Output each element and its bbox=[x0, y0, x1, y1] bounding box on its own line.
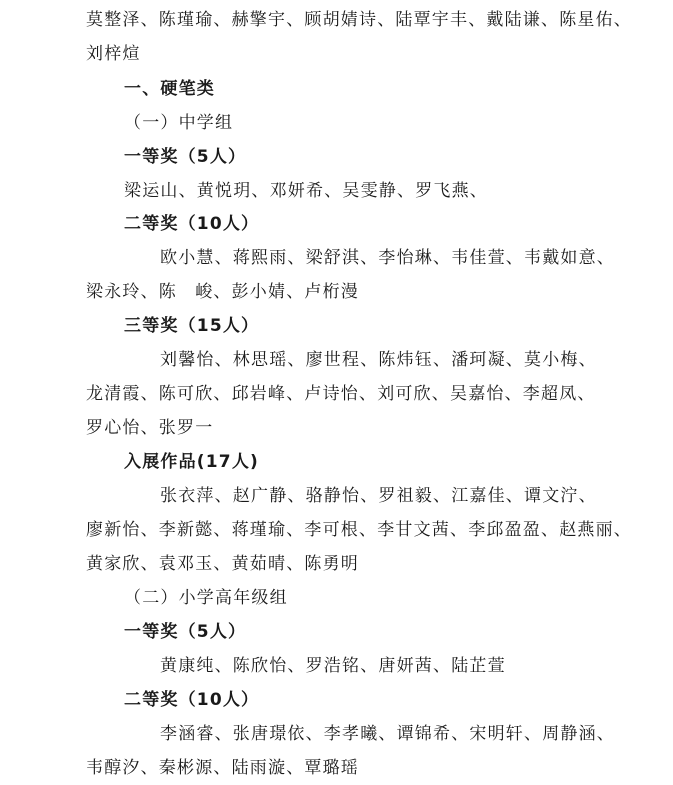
names-line: 刘馨怡、林思瑶、廖世程、陈炜钰、潘珂凝、莫小梅、 bbox=[160, 349, 613, 371]
names-line: 欧小慧、蒋熙雨、梁舒淇、李怡琳、韦佳萱、韦戴如意、 bbox=[160, 247, 613, 269]
names-line: 廖新怡、李新懿、蒋瑾瑜、李可根、李甘文茜、李邱盈盈、赵燕丽、 bbox=[86, 519, 613, 541]
names-line: 李涵睿、张唐璟依、李孝曦、谭锦希、宋明轩、周静涵、 bbox=[160, 723, 613, 745]
section-heading: 一、硬笔类 bbox=[124, 78, 613, 100]
award-heading: 二等奖（10人） bbox=[124, 213, 613, 235]
award-heading: 入展作品(17人) bbox=[124, 451, 613, 473]
names-line: 黄康纯、陈欣怡、罗浩铭、唐妍茜、陆芷萱 bbox=[160, 655, 613, 677]
group-heading: （一）中学组 bbox=[124, 112, 613, 134]
names-line: 刘梓煊 bbox=[86, 43, 613, 65]
names-line: 龙清霞、陈可欣、邱岩峰、卢诗怡、刘可欣、吴嘉怡、李超凤、 bbox=[86, 383, 613, 405]
names-line: 莫整泽、陈瑾瑜、赫擎宇、顾胡婧诗、陆覃宇丰、戴陆谦、陈星佑、 bbox=[86, 9, 613, 31]
names-line: 罗心怡、张罗一 bbox=[86, 417, 613, 439]
group-heading: （二）小学高年级组 bbox=[124, 587, 613, 609]
names-line: 黄家欣、袁邓玉、黄茹晴、陈勇明 bbox=[86, 553, 613, 575]
award-heading: 三等奖（15人） bbox=[124, 315, 613, 337]
award-heading: 二等奖（10人） bbox=[124, 689, 613, 711]
award-heading: 一等奖（5人） bbox=[124, 621, 613, 643]
names-line: 韦醇汐、秦彬源、陆雨漩、覃璐瑶 bbox=[86, 757, 613, 779]
names-line: 张衣萍、赵广静、骆静怡、罗祖毅、江嘉佳、谭文泞、 bbox=[160, 485, 613, 507]
award-heading: 一等奖（5人） bbox=[124, 146, 613, 168]
document-page: 莫整泽、陈瑾瑜、赫擎宇、顾胡婧诗、陆覃宇丰、戴陆谦、陈星佑、 刘梓煊 一、硬笔类… bbox=[0, 0, 673, 785]
names-line: 梁永玲、陈 峻、彭小婧、卢桁漫 bbox=[86, 281, 613, 303]
names-line: 梁运山、黄悦玥、邓妍希、吴雯静、罗飞燕、 bbox=[124, 180, 613, 202]
